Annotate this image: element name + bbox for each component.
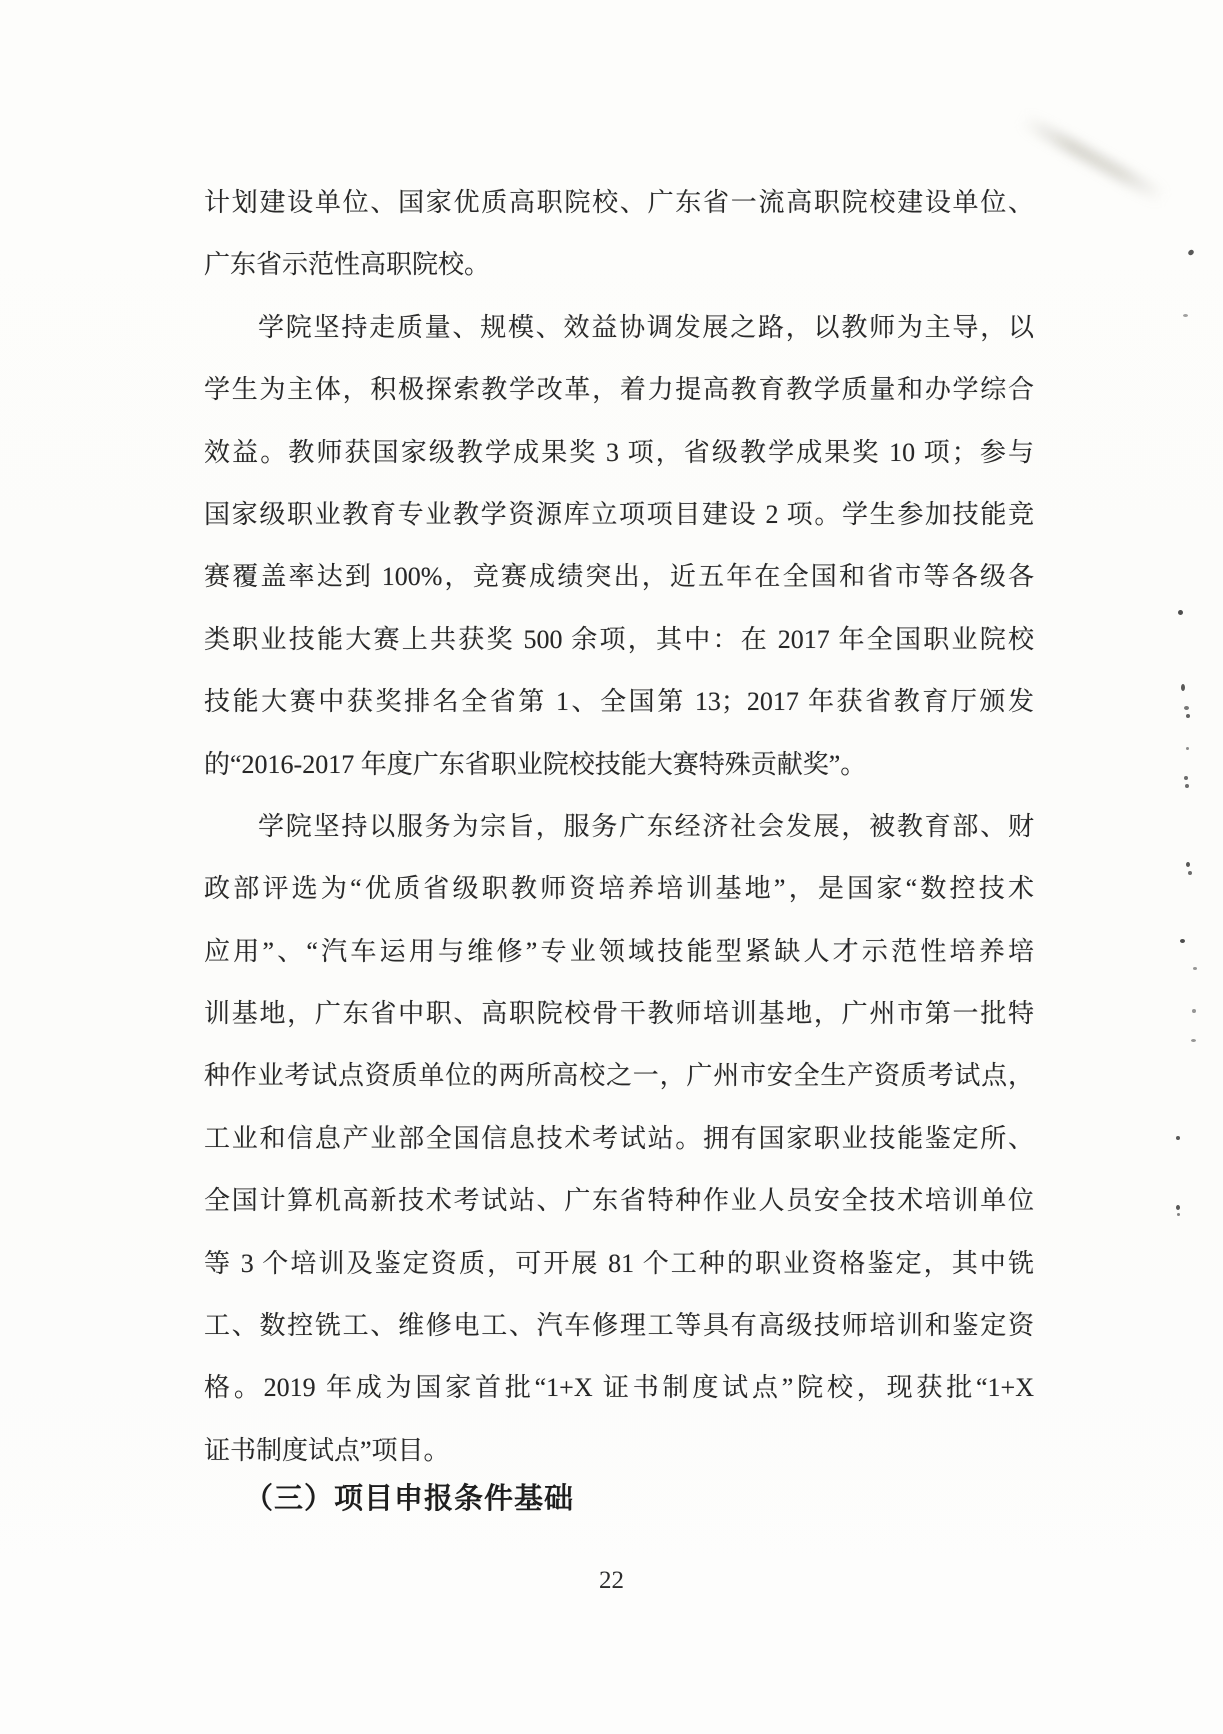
scan-speck (1192, 1009, 1196, 1013)
text-line: 等 3 个培训及鉴定资质，可开展 81 个工种的职业资格鉴定，其中铣 (204, 1233, 1034, 1295)
scan-speck (1186, 714, 1190, 718)
scan-speck (1187, 249, 1195, 257)
scan-speck (1184, 776, 1188, 780)
text-line: 国家级职业教育专业教学资源库立项项目建设 2 项。学生参加技能竞 (204, 484, 1034, 546)
text-line: 应用”、“汽车运用与维修”专业领域技能型紧缺人才示范性培养培 (204, 921, 1034, 983)
scan-speck (1180, 939, 1185, 943)
scan-speck (1191, 1039, 1196, 1042)
text-line: 计划建设单位、国家优质高职院校、广东省一流高职院校建设单位、 (204, 172, 1034, 234)
scan-speck (1184, 706, 1189, 710)
text-line: 效益。教师获国家级教学成果奖 3 项，省级教学成果奖 10 项；参与 (204, 422, 1034, 484)
text-line: 工业和信息产业部全国信息技术考试站。拥有国家职业技能鉴定所、 (204, 1108, 1034, 1170)
text-line: 学生为主体，积极探索教学改革，着力提高教育教学质量和办学综合 (204, 359, 1034, 421)
paragraph: 学院坚持走质量、规模、效益协调发展之路，以教师为主导，以 学生为主体，积极探索教… (204, 297, 1034, 796)
scan-speck (1176, 1205, 1180, 1210)
text-line: 广东省示范性高职院校。 (204, 234, 1034, 296)
text-line: 类职业技能大赛上共获奖 500 余项，其中：在 2017 年全国职业院校 (204, 609, 1034, 671)
text-block: 计划建设单位、国家优质高职院校、广东省一流高职院校建设单位、 广东省示范性高职院… (204, 172, 1034, 1530)
text-line: 全国计算机高新技术考试站、广东省特种作业人员安全技术培训单位 (204, 1170, 1034, 1232)
scan-speck (1176, 1136, 1180, 1140)
paragraph: 学院坚持以服务为宗旨，服务广东经济社会发展，被教育部、财 政部评选为“优质省级职… (204, 796, 1034, 1482)
text-line: 工、数控铣工、维修电工、汽车修理工等具有高级技师培训和鉴定资 (204, 1295, 1034, 1357)
text-line: 技能大赛中获奖排名全省第 1、全国第 13；2017 年获省教育厅颁发 (204, 671, 1034, 733)
text-line: 学院坚持走质量、规模、效益协调发展之路，以教师为主导，以 (204, 297, 1034, 359)
page-number: 22 (0, 1567, 1223, 1595)
text-line: 格。2019 年成为国家首批“1+X 证书制度试点”院校，现获批“1+X (204, 1357, 1034, 1419)
scan-speck (1177, 1213, 1180, 1216)
text-line: 学院坚持以服务为宗旨，服务广东经济社会发展，被教育部、财 (204, 796, 1034, 858)
scan-speck (1186, 747, 1189, 750)
text-line: 赛覆盖率达到 100%，竞赛成绩突出，近五年在全国和省市等各级各 (204, 546, 1034, 608)
scan-speck (1193, 967, 1197, 970)
scan-smudge (1019, 113, 1166, 204)
document-page: 计划建设单位、国家优质高职院校、广东省一流高职院校建设单位、 广东省示范性高职院… (0, 0, 1223, 1734)
scan-speck (1183, 314, 1188, 317)
scan-speck (1188, 871, 1192, 875)
section-heading: （三）项目申报条件基础 (204, 1468, 1034, 1530)
text-line: 政部评选为“优质省级职教师资培养培训基地”，是国家“数控技术 (204, 858, 1034, 920)
scan-speck (1186, 862, 1190, 867)
scan-speck (1178, 610, 1183, 615)
scan-speck (1181, 684, 1185, 691)
paragraph: 计划建设单位、国家优质高职院校、广东省一流高职院校建设单位、 广东省示范性高职院… (204, 172, 1034, 297)
text-line: 的“2016-2017 年度广东省职业院校技能大赛特殊贡献奖”。 (204, 734, 1034, 796)
scan-speck (1185, 784, 1189, 788)
text-line: 种作业考试点资质单位的两所高校之一，广州市安全生产资质考试点， (204, 1045, 1034, 1107)
text-line: 训基地，广东省中职、高职院校骨干教师培训基地，广州市第一批特 (204, 983, 1034, 1045)
